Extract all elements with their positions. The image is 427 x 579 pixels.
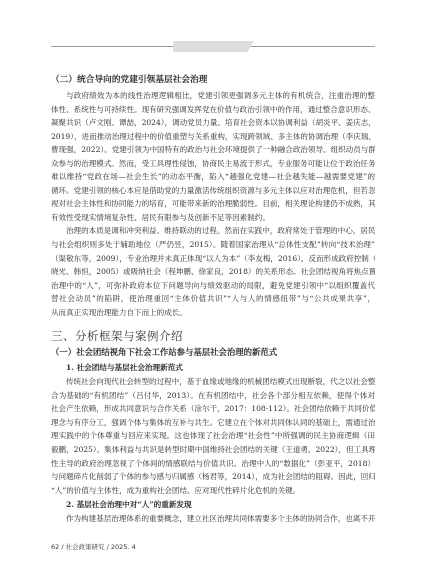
text-line: 治理中的“人”，可弥补政府本位下问题导向与绩效驱动的局限，避免党建引领中“以组织…	[51, 279, 375, 293]
text-line: 作为构建基层治理体系的重要概念，建立社区治理共同体需要多个主体的协同合作，也离不…	[51, 512, 375, 526]
text-line: 凝聚共识（卢文刚、谭喆，2024），调动党员力量、培育社会资本以协调利益（胡炎平…	[51, 116, 375, 130]
item-heading-1: 1. 社会团结与基层社会治理新范式	[66, 360, 375, 375]
text-line: 理念与有序分工，强调个体与集体的互补与共生。它建立在个体对共同体认同的基础上，需…	[51, 416, 375, 430]
text-line: 体性、系统性与可持续性。现有研究强调发挥党在价值与政治引领中的作用，通过整合意识…	[51, 103, 375, 117]
text-line: “人”的价值与主体性，成为重构社会团结、应对现代性碎片化危机的关键。	[51, 484, 375, 498]
text-line: 替社会动员”的陷阱，使治理重回“主体价值共识”“人与人的情感纽带”与“公共成果共…	[51, 292, 375, 306]
subsection-heading-3-1: （一）社会团结视角下社会工作站参与基层社会治理的新范式	[51, 345, 375, 360]
text-line: 众参与的治理模式。然而，受工具理性侵蚀，协商民主易流于形式，专业服务可能让位于政…	[51, 157, 375, 171]
text-line: 晓光、韩恒，2005）或吸纳社会（程坤鹏、徐家良，2018）的关系形态。社会团结…	[51, 265, 375, 279]
text-line: 社会产生依赖，形成共同意识与合作关系（涂尔干，2017：108-112）。社会团…	[51, 402, 375, 416]
text-line: 合为基础的“有机团结”（吕付华，2013）。在有机团结中，社会各个部分相互依赖，…	[51, 389, 375, 403]
text-line: 曹现强，2022）。党建引领为中国特有的政治与社会环境提供了一种融合政治领导、组…	[51, 143, 375, 157]
paragraph: 治理的本质是调和冲突利益、维持联动的过程。然而在实践中，政府常处于管理的中心，居…	[51, 224, 375, 319]
text-line: 与社会组织则多处于辅助地位（严仍昱，2015）。随着国家治理从“总体性支配”转向…	[51, 238, 375, 252]
text-line: 毅鹏，2025）。集体利益与共识是转型时期中国维持社会团结的关键（王道勇，202…	[51, 443, 375, 457]
text-line: （渠敬东等，2009），专业治理并未真正体现“以人为本”（李友梅，2016），反…	[51, 252, 375, 266]
page-body: （二）统合导向的党建引领基层社会治理 与政府绩效为本的线性治理逻辑相比，党建引领…	[51, 73, 375, 526]
item-heading-2: 2. 基层社会治理中对“人”的重新发现	[66, 497, 375, 512]
paragraph: 作为构建基层治理体系的重要概念，建立社区治理共同体需要多个主体的协同合作，也离不…	[51, 512, 375, 526]
paragraph: 传统社会向现代社会转型的过程中，基于血缘或地缘的机械团结模式出现断裂，代之以社会…	[51, 375, 375, 497]
text-line: 治理的本质是调和冲突利益、维持联动的过程。然而在实践中，政府常处于管理的中心，居…	[51, 224, 375, 238]
text-line: 性主导的政府治理忽视了个体间的情感联结与价值共识。治理中人的“数据化”（彭亚平，…	[51, 457, 375, 471]
text-line: 视对社会主体性和协同能力的培育，可能带来新的治理脆弱性。目前，相关理论构建仍不成…	[51, 197, 375, 211]
text-line: 传统社会向现代社会转型的过程中，基于血缘或地缘的机械团结模式出现断裂，代之以社会…	[51, 375, 375, 389]
text-line: 2019），进而推动治理过程中的价值重塑与关系重构，实现跨领域、多主体的协调治理…	[51, 130, 375, 144]
section-heading-3: 三、分析框架与案例介绍	[51, 327, 375, 345]
text-line: 与问题碎片化削弱了个体的参与感与归属感（杨君等，2014），成为社会团结的阻碍。…	[51, 470, 375, 484]
page-footer: 62 / 社会政策研究 / 2025. 4	[51, 542, 136, 551]
text-line: 与政府绩效为本的线性治理逻辑相比，党建引领更强调多元主体的有机统合，注重治理的整	[51, 89, 375, 103]
text-line: 从而真正实现治理能力自下而上的成长。	[51, 306, 375, 320]
paragraph: 与政府绩效为本的线性治理逻辑相比，党建引领更强调多元主体的有机统合，注重治理的整…	[51, 89, 375, 224]
text-line: 难以维持“党政在场—社会生长”的动态平衡，陷入“越强化党建—社会越失能—越需要党…	[51, 170, 375, 184]
text-line: 循环。党建引领的核心本应是借助党的力量激活传统组织资源与多元主体以应对治理危机，…	[51, 184, 375, 198]
subsection-heading-2: （二）统合导向的党建引领基层社会治理	[51, 73, 375, 88]
text-line: 理实践中的个体尊重与回应来实现。这也体现了社会治理“社会性”中所强调的民主协商逻…	[51, 429, 375, 443]
text-line: 有效性受现实情境复杂性、居民有限参与及创新不足等因素制约。	[51, 211, 375, 225]
header-tab-decoration	[173, 41, 254, 52]
